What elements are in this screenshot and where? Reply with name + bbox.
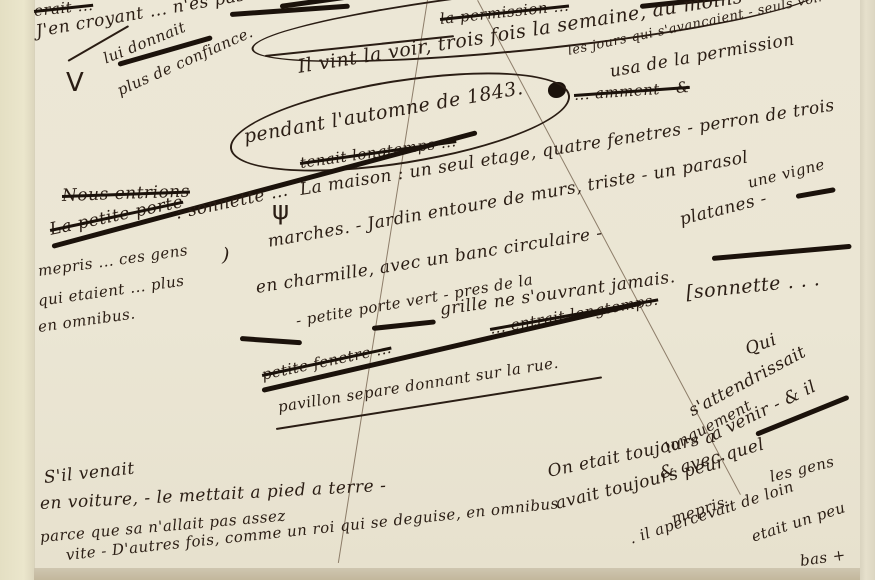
insertion-mark-v: V <box>66 68 84 98</box>
insertion-mark-psi: ψ <box>272 196 289 226</box>
book-binding-gutter <box>0 0 34 580</box>
page-bottom-edge <box>34 568 860 580</box>
page-right-edge <box>860 0 875 580</box>
margin-note-paren: ) <box>222 244 230 266</box>
